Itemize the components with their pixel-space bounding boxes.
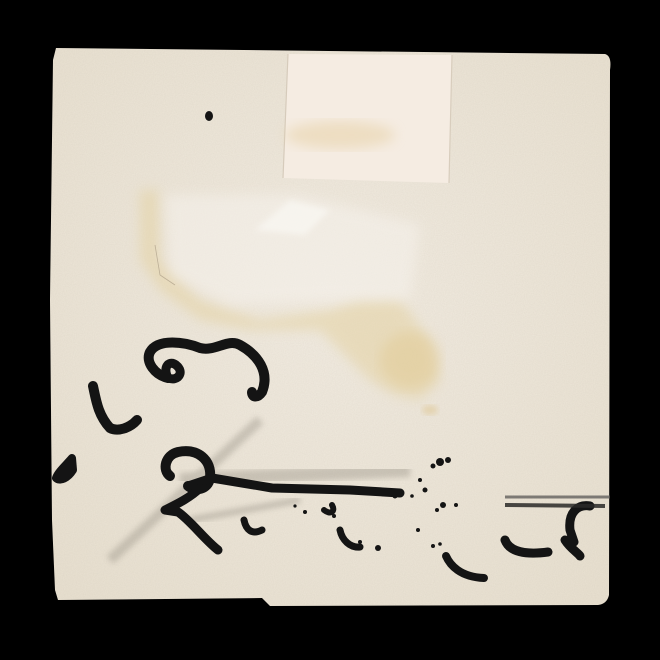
photo-scene bbox=[0, 0, 660, 660]
ink-dot bbox=[205, 111, 213, 121]
hinge-remnant bbox=[283, 54, 452, 183]
stamp-photo bbox=[0, 0, 660, 660]
